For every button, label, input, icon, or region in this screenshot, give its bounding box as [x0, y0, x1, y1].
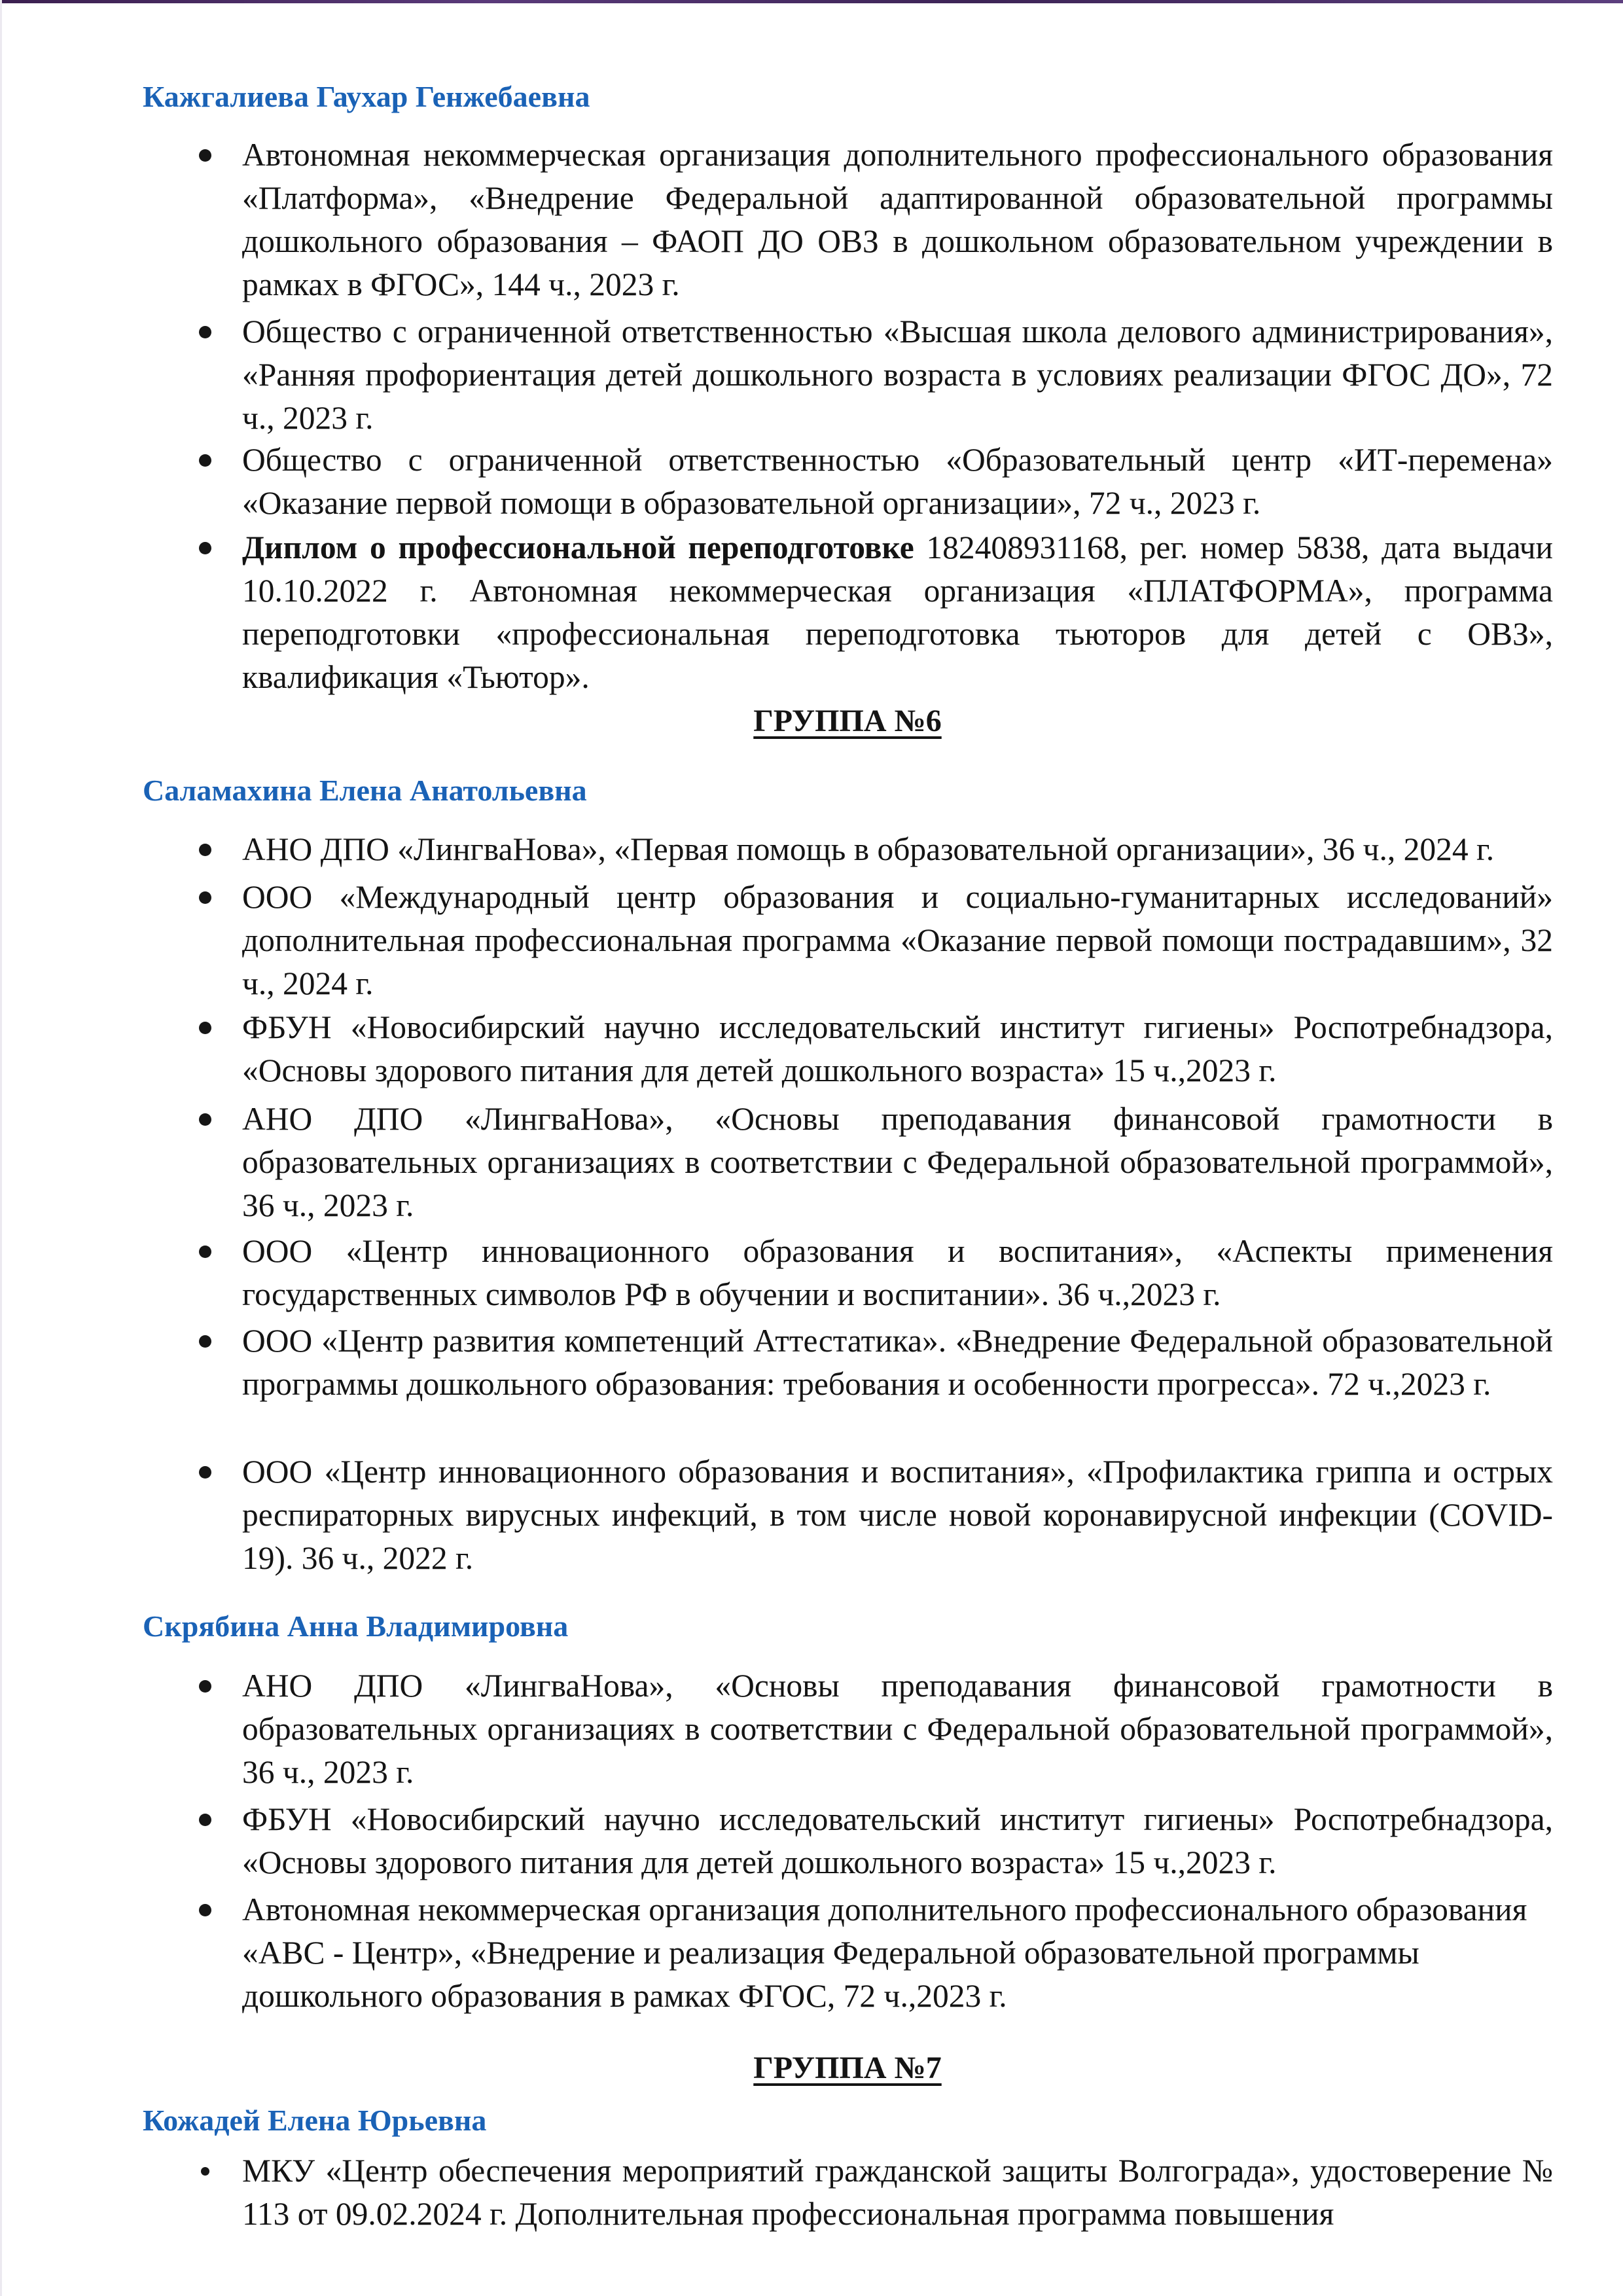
bullet-icon [199, 1888, 215, 1931]
list-item: АНО ДПО «ЛингваНова», «Первая помощь в о… [242, 828, 1553, 871]
bullet-icon [199, 310, 215, 353]
diploma-title: Диплом о профессиональной переподготовке [242, 529, 914, 565]
bullet-icon [199, 1006, 215, 1049]
bullet-icon [199, 526, 215, 569]
list-item: Автономная некоммерческая организация до… [242, 134, 1553, 306]
teacher-name: Кожадей Елена Юрьевна [143, 2101, 486, 2140]
item-text: Общество с ограниченной ответственностью… [242, 442, 1553, 521]
item-text: ФБУН «Новосибирский научно исследователь… [242, 1801, 1553, 1880]
bullet-icon [199, 1319, 215, 1363]
item-text: ООО «Международный центр образования и с… [242, 879, 1553, 1001]
item-text: Автономная некоммерческая организация до… [242, 137, 1553, 302]
item-text: ООО «Центр инновационного образования и … [242, 1454, 1553, 1576]
bullet-icon [199, 1230, 215, 1273]
list-item: ООО «Международный центр образования и с… [242, 876, 1553, 1005]
group-title: ГРУППА №7 [753, 2051, 941, 2085]
scan-edge-top [0, 0, 1623, 3]
group-heading: ГРУППА №7 [0, 2049, 1623, 2088]
bullet-icon [199, 1098, 215, 1141]
list-item: АНО ДПО «ЛингваНова», «Основы преподаван… [242, 1664, 1553, 1794]
item-text: Автономная некоммерческая организация до… [242, 1892, 1527, 2014]
item-text: МКУ «Центр обеспечения мероприятий гражд… [242, 2153, 1553, 2232]
bullet-icon [199, 439, 215, 482]
teacher-name: Кажгалиева Гаухар Генжебаевна [143, 77, 590, 117]
teacher-name: Скрябина Анна Владимировна [143, 1607, 568, 1646]
item-text: АНО ДПО «ЛингваНова», «Основы преподаван… [242, 1101, 1553, 1223]
bullet-icon [199, 1450, 215, 1494]
scan-edge-left [0, 0, 2, 2296]
teacher-name: Саламахина Елена Анатольевна [143, 771, 587, 810]
list-item: АНО ДПО «ЛингваНова», «Основы преподаван… [242, 1098, 1553, 1227]
list-item: Общество с ограниченной ответственностью… [242, 310, 1553, 440]
list-item: ФБУН «Новосибирский научно исследователь… [242, 1798, 1553, 1884]
group-heading: ГРУППА №6 [0, 702, 1623, 741]
bullet-icon [199, 134, 215, 177]
list-item: ООО «Центр инновационного образования и … [242, 1450, 1553, 1580]
item-text: ООО «Центр инновационного образования и … [242, 1233, 1553, 1312]
list-item: Автономная некоммерческая организация до… [242, 1888, 1551, 2018]
item-text: АНО ДПО «ЛингваНова», «Первая помощь в о… [242, 831, 1494, 867]
bullet-icon [199, 828, 215, 871]
list-item: ООО «Центр инновационного образования и … [242, 1230, 1553, 1316]
list-item: Общество с ограниченной ответственностью… [242, 439, 1553, 525]
bullet-icon [199, 2149, 215, 2193]
list-item: МКУ «Центр обеспечения мероприятий гражд… [242, 2149, 1553, 2236]
item-text: ООО «Центр развития компетенций Аттестат… [242, 1323, 1553, 1402]
list-item-diploma: Диплом о профессиональной переподготовке… [242, 526, 1553, 699]
group-title: ГРУППА №6 [753, 704, 941, 738]
list-item: ФБУН «Новосибирский научно исследователь… [242, 1006, 1553, 1092]
item-text: Общество с ограниченной ответственностью… [242, 314, 1553, 436]
list-item: ООО «Центр развития компетенций Аттестат… [242, 1319, 1553, 1406]
bullet-icon [199, 1798, 215, 1841]
item-text: АНО ДПО «ЛингваНова», «Основы преподаван… [242, 1668, 1553, 1790]
bullet-icon [199, 1664, 215, 1708]
item-text: ФБУН «Новосибирский научно исследователь… [242, 1009, 1553, 1088]
bullet-icon [199, 876, 215, 919]
